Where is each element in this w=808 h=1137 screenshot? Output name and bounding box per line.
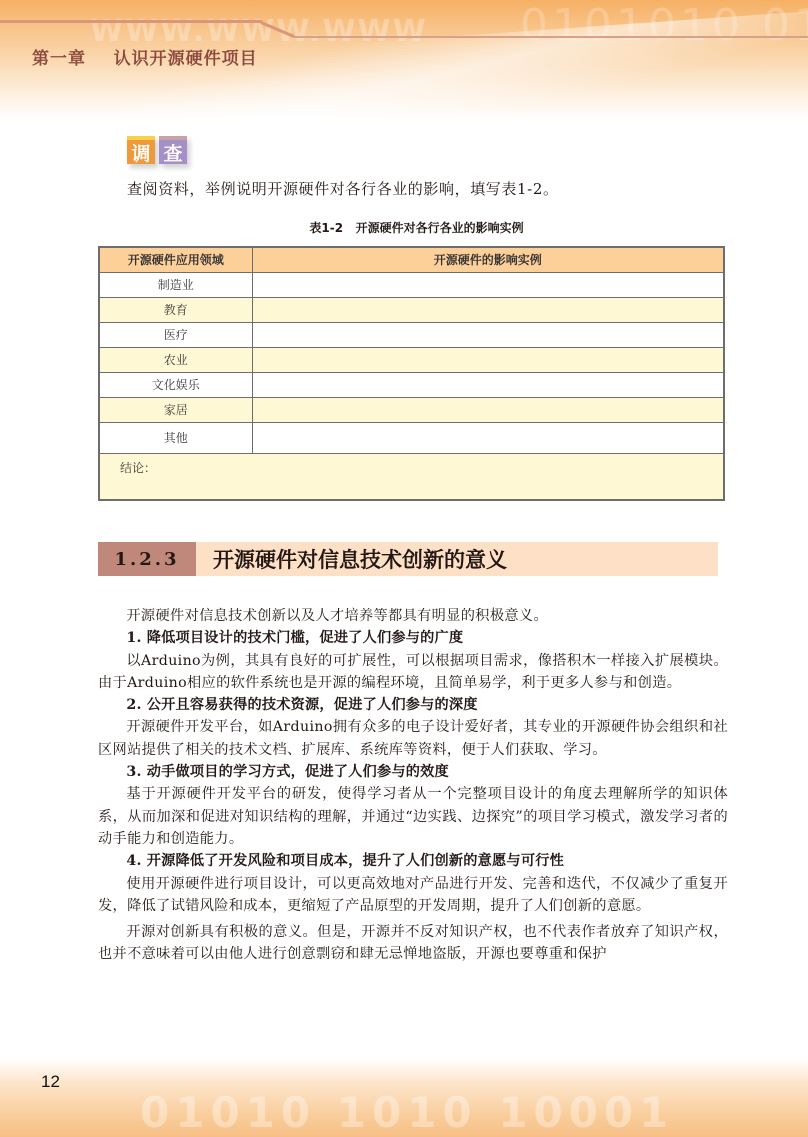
footer-binary-watermark: 01010 1010 10001 [140, 1088, 674, 1137]
page-number: 12 [41, 1072, 60, 1092]
table-row: 制造业 [99, 272, 724, 297]
badge-tile-diao: 调 [127, 136, 155, 164]
example-cell[interactable] [252, 322, 724, 347]
survey-table: 开源硬件应用领域 开源硬件的影响实例 制造业 教育 医疗 农业 文化娱乐 家居 [98, 246, 725, 501]
point-paragraph: 以Arduino为例，其具有良好的可扩展性，可以根据项目需求，像搭积木一样接入扩… [98, 650, 728, 695]
table-row: 家居 [99, 397, 724, 422]
section-title: 开源硬件对信息技术创新的意义 [213, 544, 507, 574]
domain-cell: 文化娱乐 [99, 372, 252, 397]
header-domain: 开源硬件应用领域 [99, 247, 252, 272]
intro-paragraph: 开源硬件对信息技术创新以及人才培养等都具有明显的积极意义。 [98, 605, 728, 627]
example-cell[interactable] [252, 397, 724, 422]
example-cell[interactable] [252, 372, 724, 397]
point-heading: 3. 动手做项目的学习方式，促进了人们参与的效度 [98, 761, 728, 783]
investigate-badge-icon: 调 查 [127, 136, 187, 164]
closing-paragraph: 开源对创新具有积极的意义。但是，开源并不反对知识产权，也不代表作者放弃了知识产权… [98, 921, 728, 966]
conclusion-row: 结论： [99, 453, 724, 500]
point-heading: 1. 降低项目设计的技术门槛，促进了人们参与的广度 [98, 627, 728, 649]
table-row: 教育 [99, 297, 724, 322]
example-cell[interactable] [252, 422, 724, 453]
table-row: 医疗 [99, 322, 724, 347]
domain-cell: 教育 [99, 297, 252, 322]
badge-tile-cha: 查 [159, 136, 187, 164]
example-cell[interactable] [252, 347, 724, 372]
example-cell[interactable] [252, 297, 724, 322]
header-rule [0, 20, 262, 23]
header-example: 开源硬件的影响实例 [252, 247, 724, 272]
chapter-title: 第一章 认识开源硬件项目 [32, 44, 258, 69]
conclusion-cell[interactable]: 结论： [99, 453, 724, 500]
point-paragraph: 基于开源硬件开发平台的研发，使得学习者从一个完整项目设计的角度去理解所学的知识体… [98, 783, 728, 850]
table-caption: 表1-2 开源硬件对各行各业的影响实例 [0, 219, 808, 236]
table-row: 其他 [99, 422, 724, 453]
table-header-row: 开源硬件应用领域 开源硬件的影响实例 [99, 247, 724, 272]
domain-cell: 家居 [99, 397, 252, 422]
point-heading: 2. 公开且容易获得的技术资源，促进了人们参与的深度 [98, 694, 728, 716]
example-cell[interactable] [252, 272, 724, 297]
domain-cell: 其他 [99, 422, 252, 453]
domain-cell: 农业 [99, 347, 252, 372]
table-row: 农业 [99, 347, 724, 372]
section-body: 开源硬件对信息技术创新以及人才培养等都具有明显的积极意义。 1. 降低项目设计的… [98, 605, 728, 966]
point-heading: 4. 开源降低了开发风险和项目成本，提升了人们创新的意愿与可行性 [98, 850, 728, 872]
header-rule-right [294, 36, 808, 38]
section-heading: 1.2.3 开源硬件对信息技术创新的意义 [98, 542, 718, 576]
point-paragraph: 开源硬件开发平台，如Arduino拥有众多的电子设计爱好者，其专业的开源硬件协会… [98, 716, 728, 761]
domain-cell: 医疗 [99, 322, 252, 347]
domain-cell: 制造业 [99, 272, 252, 297]
header-binary-watermark: 0101010 01 [520, 0, 808, 51]
activity-instruction: 查阅资料，举例说明开源硬件对各行各业的影响，填写表1-2。 [127, 178, 559, 199]
table-row: 文化娱乐 [99, 372, 724, 397]
page-footer-band: 01010 1010 10001 [0, 1058, 808, 1137]
section-number: 1.2.3 [98, 542, 196, 576]
point-paragraph: 使用开源硬件进行项目设计，可以更高效地对产品进行开发、完善和迭代，不仅减少了重复… [98, 873, 728, 918]
